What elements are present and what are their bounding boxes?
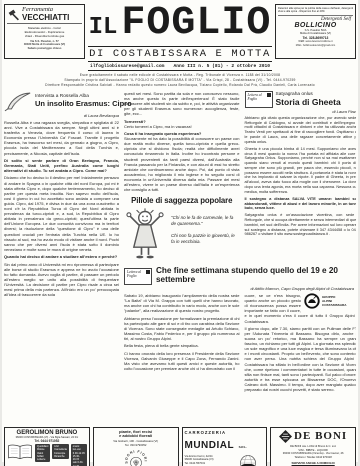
deboni-mark-icon — [279, 430, 292, 443]
svg-text:SOGNI FIORITI: SOGNI FIORITI — [124, 449, 148, 464]
article-lettera-header: Lettera al Foglio Che fine settimana stu… — [124, 267, 356, 285]
article-gheeta-header: Lettera al Foglio Satyagraha onlus Stori… — [245, 91, 357, 108]
ad-sogni-tel: Tel. 333-9790052 — [96, 444, 176, 448]
ad-bollicino: Detersivi alla spina per la pulizia dell… — [275, 4, 356, 59]
article-paragraph: Ci hanno onorato della loro presenza il … — [124, 351, 240, 371]
ad-gerolimon-list-left: Quotidiani Riviste Valori bollati Lotter… — [35, 444, 50, 462]
main-content: Intervista a Rossella Alba Un insolito E… — [4, 91, 356, 422]
ad-gerolimon-tel: Tel. 0444 971052 — [7, 439, 87, 443]
open-book-icon — [7, 444, 33, 461]
article-gheeta-byline: di Laura Piazza — [245, 109, 357, 114]
flower-logo-icon: SOGNI FIORITI — [96, 449, 176, 466]
imprint-line-3: Direttore Responsabile Cristina Salviati… — [4, 83, 356, 88]
ad-bollicino-mail: MAIL: bollicinedetersivi@gmail.com — [278, 44, 353, 48]
ad-mundial: CARROZZERIA MUNDIAL S.R.L. Via Enrico Fe… — [182, 427, 268, 466]
interview-answer: questi sei mesi. Sono partita da sola e … — [124, 91, 240, 117]
ad-ferramenta-vecchiatti: Ferramenta VECCHIATTI Materiale elettric… — [4, 4, 85, 59]
pillole-section-title: Pillole di saggezza popolare — [124, 196, 240, 206]
ad-deboni-line4: Telefono / Telefax 0444 970318 — [273, 456, 353, 460]
ad-deboni-line5: SERVIZIO ANCHE A DOMICILIO — [273, 461, 353, 465]
ad-ferramenta-address: Via S.S. Pasubio, n. 57 36030 Motta di C… — [7, 40, 82, 51]
article-paragraph: Il sostegno a distanza SALVA VITE umane:… — [245, 197, 357, 211]
article-paragraph: Bella festa, piena di bella gente simpat… — [124, 343, 240, 348]
alpini-logo-line: COSTABISSARA — [322, 303, 347, 307]
ad-ferramenta-name: VECCHIATTI — [22, 14, 69, 22]
title-foglio: FOGLIO — [121, 4, 271, 44]
article-paragraph: Il giorno dopo, alle 7.30, siamo partiti… — [245, 326, 357, 392]
article-gheeta-headline: Storia di Gheeta — [276, 98, 341, 107]
interview-answer: Diciamo che ho deciso io il destino per … — [4, 175, 119, 252]
bottom-row: Sabato 19, abbiamo inaugurato l'ampliame… — [124, 293, 356, 394]
article-paragraph: Rossella Alba è una ragazza sveglia, sim… — [4, 120, 119, 156]
ad-gerolimon: GEROLIMON BRUNO 36030 COSTABISSARA (VI) … — [4, 427, 90, 466]
title-il: IL — [89, 16, 118, 40]
interview-answer: Sicuramente mi ha dato la possibilità di… — [124, 136, 240, 192]
article-lettera-col2: GRUPPO ALPINI COSTABISSARA cuore, se ce … — [245, 293, 357, 394]
alpini-logo: GRUPPO ALPINI COSTABISSARA — [304, 293, 356, 309]
article-lettera-byline: di Attilio Marcon, Capo Gruppo degli Alp… — [124, 286, 354, 291]
right-columns: questi sei mesi. Sono partita da sola e … — [124, 91, 356, 422]
interview-answer: Sin dal primo anno di Università mi ero … — [4, 262, 119, 298]
ad-ferramenta-services: Materiale elettrico - Colori Elettrodome… — [7, 26, 82, 38]
ad-gerolimon-list-right: Libri Cancelleria Fotocopie Ricariche — [52, 444, 69, 459]
article-gheeta: Lettera al Foglio Satyagraha onlus Stori… — [245, 91, 357, 264]
hammer-icon — [7, 8, 20, 21]
alpini-emblem-icon — [304, 293, 320, 309]
masthead-issue: Anno III n. 5 (81) - 2 ottobre 2010 — [174, 64, 271, 69]
ad-bollicino-address: S.S. Pasubio 50/A Motta di Costabissara … — [278, 29, 353, 36]
top-row: questi sei mesi. Sono partita da sola e … — [124, 91, 356, 264]
article-paragraph: Gheeta è una piccola bimba di 14 mesi. S… — [245, 147, 357, 195]
newspaper-subtitle: DI COSTABISSARA E MOTTA — [88, 46, 272, 60]
article-paragraph: Sabato 19, abbiamo inaugurato l'ampliame… — [124, 293, 240, 313]
car-globe-icon — [232, 454, 264, 466]
cartoon-figure-icon — [124, 208, 166, 264]
ad-deboni-name: DE BONI — [294, 431, 347, 442]
pillole-section: "Chi no le fa de carnevale, le fa de qua… — [124, 208, 240, 264]
newspaper-page: Ferramenta VECCHIATTI Materiale elettric… — [2, 0, 358, 462]
ad-gerolimon-name: GEROLIMON BRUNO — [7, 430, 87, 436]
ad-mundial-address: Via Enrico Fermi, 42/44 36030 Costabissa… — [185, 455, 214, 466]
ad-bollicino-claim: Detersivi alla spina per la pulizia dell… — [278, 7, 353, 16]
masthead-meta: ilfogliobissarese@gmail.com Anno III n. … — [88, 61, 272, 71]
bottom-ads: GEROLIMON BRUNO 36030 COSTABISSARA (VI) … — [4, 427, 356, 466]
interview-question: Quando hai deciso di andare a studiare a… — [4, 254, 119, 259]
bubbles-logo: BOLLICINO — [278, 22, 353, 29]
newspaper-title: IL FOGLIO — [88, 4, 272, 44]
ad-mundial-name: MUNDIAL — [185, 440, 235, 451]
proverbs: "Chi no le fa de carnevale, le fa de qua… — [171, 208, 240, 264]
ad-gerolimon-hours: orario: lun-ven 6.00-12.45 15.30-19.15 s… — [71, 444, 87, 466]
article-lettera-col1: Sabato 19, abbiamo inaugurato l'ampliame… — [124, 293, 240, 394]
ad-mundial-srl: S.R.L. — [239, 445, 248, 449]
masthead-email: ilfogliobissarese@gmail.com — [90, 64, 164, 69]
article-erasmus-byline: di Laura Bevilacqua — [4, 113, 119, 118]
article-paragraph: Satyagraha onlus è un'associazione vicen… — [245, 213, 357, 237]
letter-to-editor-icon: Lettera al Foglio — [124, 268, 152, 285]
article-erasmus: Intervista a Rossella Alba Un insolito E… — [4, 91, 119, 422]
article-lettera-headline: Che fine settimana stupendo quello del 1… — [156, 267, 356, 285]
article-erasmus-headline: Un insolito Erasmus: Cipro — [35, 100, 132, 108]
article-erasmus-header: Intervista a Rossella Alba Un insolito E… — [4, 91, 119, 112]
ad-ferramenta-header: Ferramenta VECCHIATTI — [7, 7, 82, 24]
article-paragraph: Abbiamo già citato questa organizzazione… — [245, 116, 357, 145]
header: Ferramenta VECCHIATTI Materiale elettric… — [4, 4, 356, 71]
proverb: "Chi no le fa de carnevale, le fa de qua… — [171, 215, 240, 227]
proverb: Chi non fa pazzie in gioventù, le fa in … — [171, 233, 240, 245]
ad-deboni: DE BONI DE BONI cav. LUIGI di Bruno & C.… — [270, 427, 356, 466]
stamp-icon — [267, 93, 271, 97]
article-erasmus-continuation: questi sei mesi. Sono partita da sola e … — [124, 91, 240, 264]
stamp-icon — [146, 270, 150, 274]
interview-question: Di solito si sente parlare di Gran Breta… — [4, 158, 119, 173]
interview-answer: Certo tornerei a Cipro, ma in vacanza! — [124, 124, 240, 129]
ad-sogni-fioriti: piante, fiori recisi e addobbi floreali … — [93, 427, 179, 466]
masthead: IL FOGLIO DI COSTABISSARA E MOTTA ilfogl… — [88, 4, 272, 71]
quill-icon — [4, 91, 32, 112]
article-paragraph: Abbiamo preso l'occasione per formalizza… — [124, 316, 240, 342]
letter-to-editor-icon: Lettera al Foglio — [245, 91, 273, 108]
